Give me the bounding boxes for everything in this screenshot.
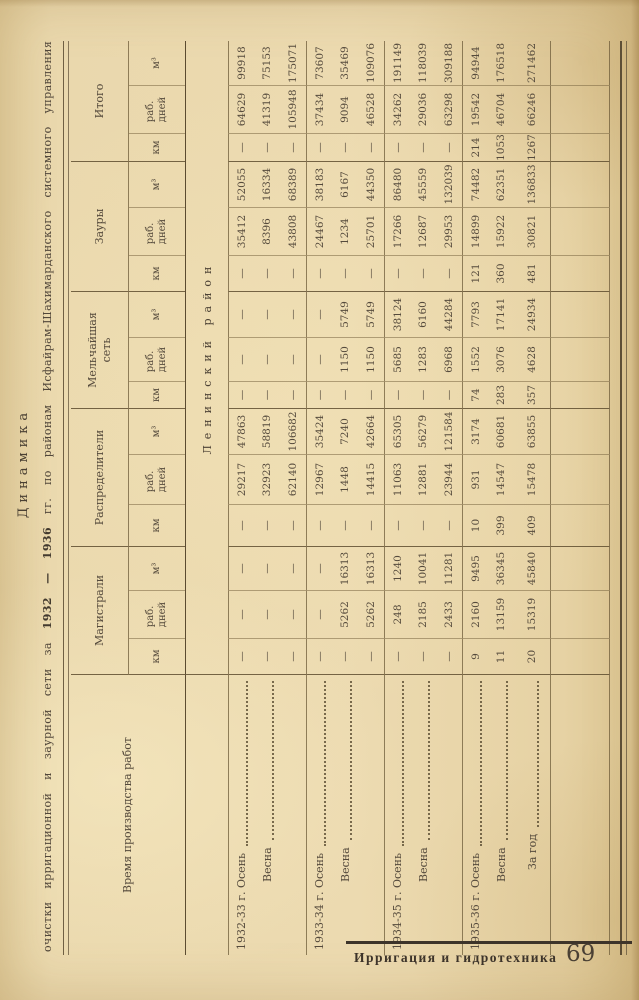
subtitle-years: 1932 — 1936 bbox=[41, 527, 54, 629]
table-cell: 16334 bbox=[254, 162, 280, 208]
table-cell: — bbox=[410, 134, 436, 162]
table-cell: 105948 bbox=[280, 86, 306, 134]
table-cell: 481 bbox=[514, 256, 550, 292]
row-label: Весна bbox=[254, 675, 280, 955]
empty-cell bbox=[550, 639, 610, 675]
table-cell: — bbox=[254, 256, 280, 292]
table-cell: 32923 bbox=[254, 455, 280, 505]
table-cell: 132039 bbox=[436, 162, 462, 208]
table-cell: 14415 bbox=[358, 455, 384, 505]
table-cell: 44350 bbox=[358, 162, 384, 208]
table-cell: — bbox=[332, 382, 358, 409]
table-cell: — bbox=[228, 292, 254, 338]
table-cell: — bbox=[280, 505, 306, 547]
empty-cell bbox=[550, 338, 610, 382]
table-cell: 43808 bbox=[280, 208, 306, 256]
row-label bbox=[280, 675, 306, 955]
table-cell: 45559 bbox=[410, 162, 436, 208]
table-cell: 19542 bbox=[462, 86, 488, 134]
row-label: Весна bbox=[410, 675, 436, 955]
table-cell: 6167 bbox=[332, 162, 358, 208]
table-top-rule-2 bbox=[68, 41, 69, 955]
table-cell: — bbox=[254, 292, 280, 338]
subcolumn-header: км bbox=[129, 134, 185, 162]
table-cell: 2160 bbox=[462, 591, 488, 639]
table-cell: — bbox=[306, 256, 332, 292]
table-cell: 73607 bbox=[306, 41, 332, 86]
table-cell: 20 bbox=[514, 639, 550, 675]
table-cell: — bbox=[228, 256, 254, 292]
table-cell: — bbox=[410, 639, 436, 675]
empty-cell bbox=[550, 505, 610, 547]
table-cell: 63298 bbox=[436, 86, 462, 134]
row-label: 1935-36 г. Осень bbox=[462, 675, 488, 955]
table-cell: — bbox=[254, 547, 280, 591]
table-cell: 12881 bbox=[410, 455, 436, 505]
dot-leader bbox=[271, 681, 274, 840]
table-cell: 4628 bbox=[514, 338, 550, 382]
empty-cell bbox=[550, 591, 610, 639]
table-cell: — bbox=[358, 639, 384, 675]
table-cell: — bbox=[228, 547, 254, 591]
table-cell: 86480 bbox=[384, 162, 410, 208]
row-label bbox=[358, 675, 384, 955]
table-cell: 35424 bbox=[306, 409, 332, 455]
empty-row-stub bbox=[550, 675, 610, 955]
dot-leader bbox=[349, 681, 352, 840]
table-cell: 46528 bbox=[358, 86, 384, 134]
table-cell: 29036 bbox=[410, 86, 436, 134]
table-cell: 1150 bbox=[332, 338, 358, 382]
table-cell: — bbox=[228, 382, 254, 409]
subcolumn-header: раб. дней bbox=[129, 591, 185, 639]
row-label: 1932-33 г. Осень bbox=[228, 675, 254, 955]
table-cell: — bbox=[332, 639, 358, 675]
table-cell: 68389 bbox=[280, 162, 306, 208]
table-cell: 36345 bbox=[488, 547, 514, 591]
table-cell: 8396 bbox=[254, 208, 280, 256]
empty-cell bbox=[550, 162, 610, 208]
subcolumn-header: м³ bbox=[129, 547, 185, 591]
table-cell: 46704 bbox=[488, 86, 514, 134]
table-cell: 12687 bbox=[410, 208, 436, 256]
table-cell: — bbox=[254, 134, 280, 162]
table-cell: 15478 bbox=[514, 455, 550, 505]
table-cell: 35469 bbox=[332, 41, 358, 86]
table-cell: — bbox=[332, 256, 358, 292]
dot-leader bbox=[401, 681, 404, 846]
table-cell: — bbox=[332, 134, 358, 162]
table-cell: — bbox=[306, 134, 332, 162]
table-cell: — bbox=[358, 382, 384, 409]
table-cell: — bbox=[384, 505, 410, 547]
dot-leader bbox=[505, 681, 508, 840]
table-cell: — bbox=[254, 382, 280, 409]
subcolumn-header: м³ bbox=[129, 41, 185, 86]
empty-cell bbox=[550, 292, 610, 338]
stub-header: Время производства работ bbox=[71, 675, 185, 955]
table-cell: — bbox=[384, 256, 410, 292]
table-cell: 15319 bbox=[514, 591, 550, 639]
table-cell: — bbox=[228, 505, 254, 547]
table-cell: — bbox=[358, 256, 384, 292]
table-cell: 10 bbox=[462, 505, 488, 547]
table-cell: 2185 bbox=[410, 591, 436, 639]
subcolumn-header: раб. дней bbox=[129, 455, 185, 505]
table-cell: 38183 bbox=[306, 162, 332, 208]
subcolumn-header: м³ bbox=[129, 162, 185, 208]
table-cell: 6968 bbox=[436, 338, 462, 382]
table-cell: 42664 bbox=[358, 409, 384, 455]
table-cell: 271462 bbox=[514, 41, 550, 86]
group-header-3: Мельчайшая сеть bbox=[71, 292, 129, 409]
subcolumn-header: км bbox=[129, 382, 185, 409]
dot-leader bbox=[536, 681, 539, 827]
empty-cell bbox=[550, 409, 610, 455]
table-cell: 7240 bbox=[332, 409, 358, 455]
table-cell: 175071 bbox=[280, 41, 306, 86]
table-cell: 5749 bbox=[358, 292, 384, 338]
dot-leader bbox=[479, 681, 482, 846]
table-cell: 11 bbox=[488, 639, 514, 675]
table-cell: 15922 bbox=[488, 208, 514, 256]
table-cell: 13159 bbox=[488, 591, 514, 639]
table-cell: — bbox=[228, 134, 254, 162]
table-cell: 62351 bbox=[488, 162, 514, 208]
table-cell: — bbox=[384, 639, 410, 675]
table-cell: 16313 bbox=[332, 547, 358, 591]
table-cell: 1448 bbox=[332, 455, 358, 505]
dot-leader bbox=[323, 681, 326, 846]
table-cell: 1267 bbox=[514, 134, 550, 162]
table-cell: 17266 bbox=[384, 208, 410, 256]
table-cell: 52055 bbox=[228, 162, 254, 208]
table-cell: 1053 bbox=[488, 134, 514, 162]
row-label: Весна bbox=[488, 675, 514, 955]
table-cell: — bbox=[306, 505, 332, 547]
table-cell: 109076 bbox=[358, 41, 384, 86]
table-cell: 17141 bbox=[488, 292, 514, 338]
table-bottom-rule bbox=[620, 41, 622, 955]
table-cell: 47863 bbox=[228, 409, 254, 455]
table-cell: — bbox=[280, 292, 306, 338]
table-cell: 5749 bbox=[332, 292, 358, 338]
table-cell: — bbox=[306, 292, 332, 338]
table-cell: 35412 bbox=[228, 208, 254, 256]
table-cell: 248 bbox=[384, 591, 410, 639]
empty-cell bbox=[550, 547, 610, 591]
table-cell: 399 bbox=[488, 505, 514, 547]
table-cell: 191149 bbox=[384, 41, 410, 86]
table-cell: 23944 bbox=[436, 455, 462, 505]
table-cell: — bbox=[384, 134, 410, 162]
table-cell: 7793 bbox=[462, 292, 488, 338]
table-cell: 94944 bbox=[462, 41, 488, 86]
table-cell: — bbox=[254, 338, 280, 382]
table-cell: 14899 bbox=[462, 208, 488, 256]
empty-cell bbox=[550, 455, 610, 505]
table-cell: 931 bbox=[462, 455, 488, 505]
table-cell: 11063 bbox=[384, 455, 410, 505]
table-cell: 1150 bbox=[358, 338, 384, 382]
table-cell: 136833 bbox=[514, 162, 550, 208]
table-cell: 357 bbox=[514, 382, 550, 409]
table-cell: — bbox=[254, 639, 280, 675]
table-cell: — bbox=[358, 134, 384, 162]
empty-cell bbox=[550, 134, 610, 162]
table-cell: 45840 bbox=[514, 547, 550, 591]
table-cell: 360 bbox=[488, 256, 514, 292]
table-cell: 29217 bbox=[228, 455, 254, 505]
table-cell: 176518 bbox=[488, 41, 514, 86]
subcolumn-header: км bbox=[129, 505, 185, 547]
table-cell: 44284 bbox=[436, 292, 462, 338]
table-cell: — bbox=[280, 591, 306, 639]
table-cell: 66246 bbox=[514, 86, 550, 134]
table-cell: 63855 bbox=[514, 409, 550, 455]
subcolumn-header: км bbox=[129, 639, 185, 675]
table-cell: 16313 bbox=[358, 547, 384, 591]
table-cell: 9 bbox=[462, 639, 488, 675]
table-cell: 106682 bbox=[280, 409, 306, 455]
table-cell: 5262 bbox=[332, 591, 358, 639]
table-cell: 64629 bbox=[228, 86, 254, 134]
table-cell: 11281 bbox=[436, 547, 462, 591]
table-cell: 5685 bbox=[384, 338, 410, 382]
table-cell: 6160 bbox=[410, 292, 436, 338]
table-cell: 62140 bbox=[280, 455, 306, 505]
table-cell: 56279 bbox=[410, 409, 436, 455]
dot-leader bbox=[427, 681, 430, 840]
table-cell: — bbox=[280, 338, 306, 382]
subtitle-text: очистки ирригационной и заурной сети за bbox=[41, 642, 54, 952]
table-cell: — bbox=[306, 382, 332, 409]
table-cell: 34262 bbox=[384, 86, 410, 134]
table-cell: 30821 bbox=[514, 208, 550, 256]
table-cell: 1283 bbox=[410, 338, 436, 382]
table-cell: 41319 bbox=[254, 86, 280, 134]
row-label bbox=[436, 675, 462, 955]
table-cell: — bbox=[436, 134, 462, 162]
table-cell: — bbox=[436, 639, 462, 675]
table-cell: — bbox=[436, 505, 462, 547]
dot-leader bbox=[245, 681, 248, 846]
table-cell: 5262 bbox=[358, 591, 384, 639]
rotated-table-sheet: Динамика очистки ирригационной и заурной… bbox=[0, 0, 639, 1000]
table-cell: 75153 bbox=[254, 41, 280, 86]
group-header-2: Распределители bbox=[71, 409, 129, 547]
table-cell: 9094 bbox=[332, 86, 358, 134]
row-label: 1933-34 г. Осень bbox=[306, 675, 332, 955]
empty-cell bbox=[550, 208, 610, 256]
table-cell: — bbox=[358, 505, 384, 547]
table-cell: 9495 bbox=[462, 547, 488, 591]
table-cell: — bbox=[306, 338, 332, 382]
empty-cell bbox=[550, 86, 610, 134]
group-header-1: Магистрали bbox=[71, 547, 129, 675]
table-cell: — bbox=[280, 639, 306, 675]
table-cell: 309188 bbox=[436, 41, 462, 86]
section-header: Ленинский район bbox=[185, 41, 228, 675]
table-cell: 37434 bbox=[306, 86, 332, 134]
table-cell: 65305 bbox=[384, 409, 410, 455]
table-cell: 58819 bbox=[254, 409, 280, 455]
table-cell: 38124 bbox=[384, 292, 410, 338]
table-cell: 2433 bbox=[436, 591, 462, 639]
table-cell: 12967 bbox=[306, 455, 332, 505]
table-cell: — bbox=[436, 256, 462, 292]
table-cell: — bbox=[280, 547, 306, 591]
table-cell: — bbox=[306, 547, 332, 591]
table-cell: 283 bbox=[488, 382, 514, 409]
table-subtitle: очистки ирригационной и заурной сети за … bbox=[41, 44, 54, 952]
row-label: 1934-35 г. Осень bbox=[384, 675, 410, 955]
subcolumn-header: м³ bbox=[129, 409, 185, 455]
table-cell: 25701 bbox=[358, 208, 384, 256]
table-cell: 1234 bbox=[332, 208, 358, 256]
table-cell: 1240 bbox=[384, 547, 410, 591]
subcolumn-header: раб. дней bbox=[129, 86, 185, 134]
subcolumn-header: раб. дней bbox=[129, 338, 185, 382]
table-top-rule bbox=[63, 41, 64, 955]
table-cell: — bbox=[410, 256, 436, 292]
table-cell: 29953 bbox=[436, 208, 462, 256]
data-table: Время производства работМагистралиРаспре… bbox=[71, 41, 610, 955]
section-band-stub bbox=[185, 675, 228, 955]
subcolumn-header: км bbox=[129, 256, 185, 292]
table-cell: 121 bbox=[462, 256, 488, 292]
group-header-5: Итого bbox=[71, 41, 129, 162]
table-cell: — bbox=[254, 591, 280, 639]
table-cell: — bbox=[280, 256, 306, 292]
row-label: Весна bbox=[332, 675, 358, 955]
table-cell: — bbox=[384, 382, 410, 409]
table-cell: 3174 bbox=[462, 409, 488, 455]
table-cell: — bbox=[280, 382, 306, 409]
table-cell: — bbox=[332, 505, 358, 547]
table-cell: — bbox=[254, 505, 280, 547]
table-cell: 121584 bbox=[436, 409, 462, 455]
table-cell: 24934 bbox=[514, 292, 550, 338]
table-cell: 10041 bbox=[410, 547, 436, 591]
table-cell: — bbox=[436, 382, 462, 409]
table-cell: — bbox=[228, 591, 254, 639]
table-cell: 3076 bbox=[488, 338, 514, 382]
subtitle-text-2: гг. по районам Исфайрам-Шахимарданского … bbox=[41, 41, 54, 514]
table-cell: — bbox=[306, 639, 332, 675]
table-cell: 74 bbox=[462, 382, 488, 409]
table-cell: — bbox=[410, 382, 436, 409]
table-cell: — bbox=[280, 134, 306, 162]
table-cell: — bbox=[228, 639, 254, 675]
table-title: Динамика bbox=[16, 0, 31, 1000]
table-cell: 74482 bbox=[462, 162, 488, 208]
table-cell: — bbox=[410, 505, 436, 547]
table-cell: 118039 bbox=[410, 41, 436, 86]
table-cell: — bbox=[228, 338, 254, 382]
table-bottom-rule-2 bbox=[626, 41, 627, 955]
table-cell: 60681 bbox=[488, 409, 514, 455]
subcolumn-header: м³ bbox=[129, 292, 185, 338]
table-cell: 24467 bbox=[306, 208, 332, 256]
empty-cell bbox=[550, 382, 610, 409]
row-label: За год bbox=[514, 675, 550, 955]
table-cell: 14547 bbox=[488, 455, 514, 505]
table-cell: 214 bbox=[462, 134, 488, 162]
empty-cell bbox=[550, 41, 610, 86]
empty-cell bbox=[550, 256, 610, 292]
subcolumn-header: раб. дней bbox=[129, 208, 185, 256]
group-header-4: Зауры bbox=[71, 162, 129, 292]
table-cell: 99918 bbox=[228, 41, 254, 86]
table-cell: — bbox=[306, 591, 332, 639]
table-cell: 409 bbox=[514, 505, 550, 547]
table-cell: 1552 bbox=[462, 338, 488, 382]
